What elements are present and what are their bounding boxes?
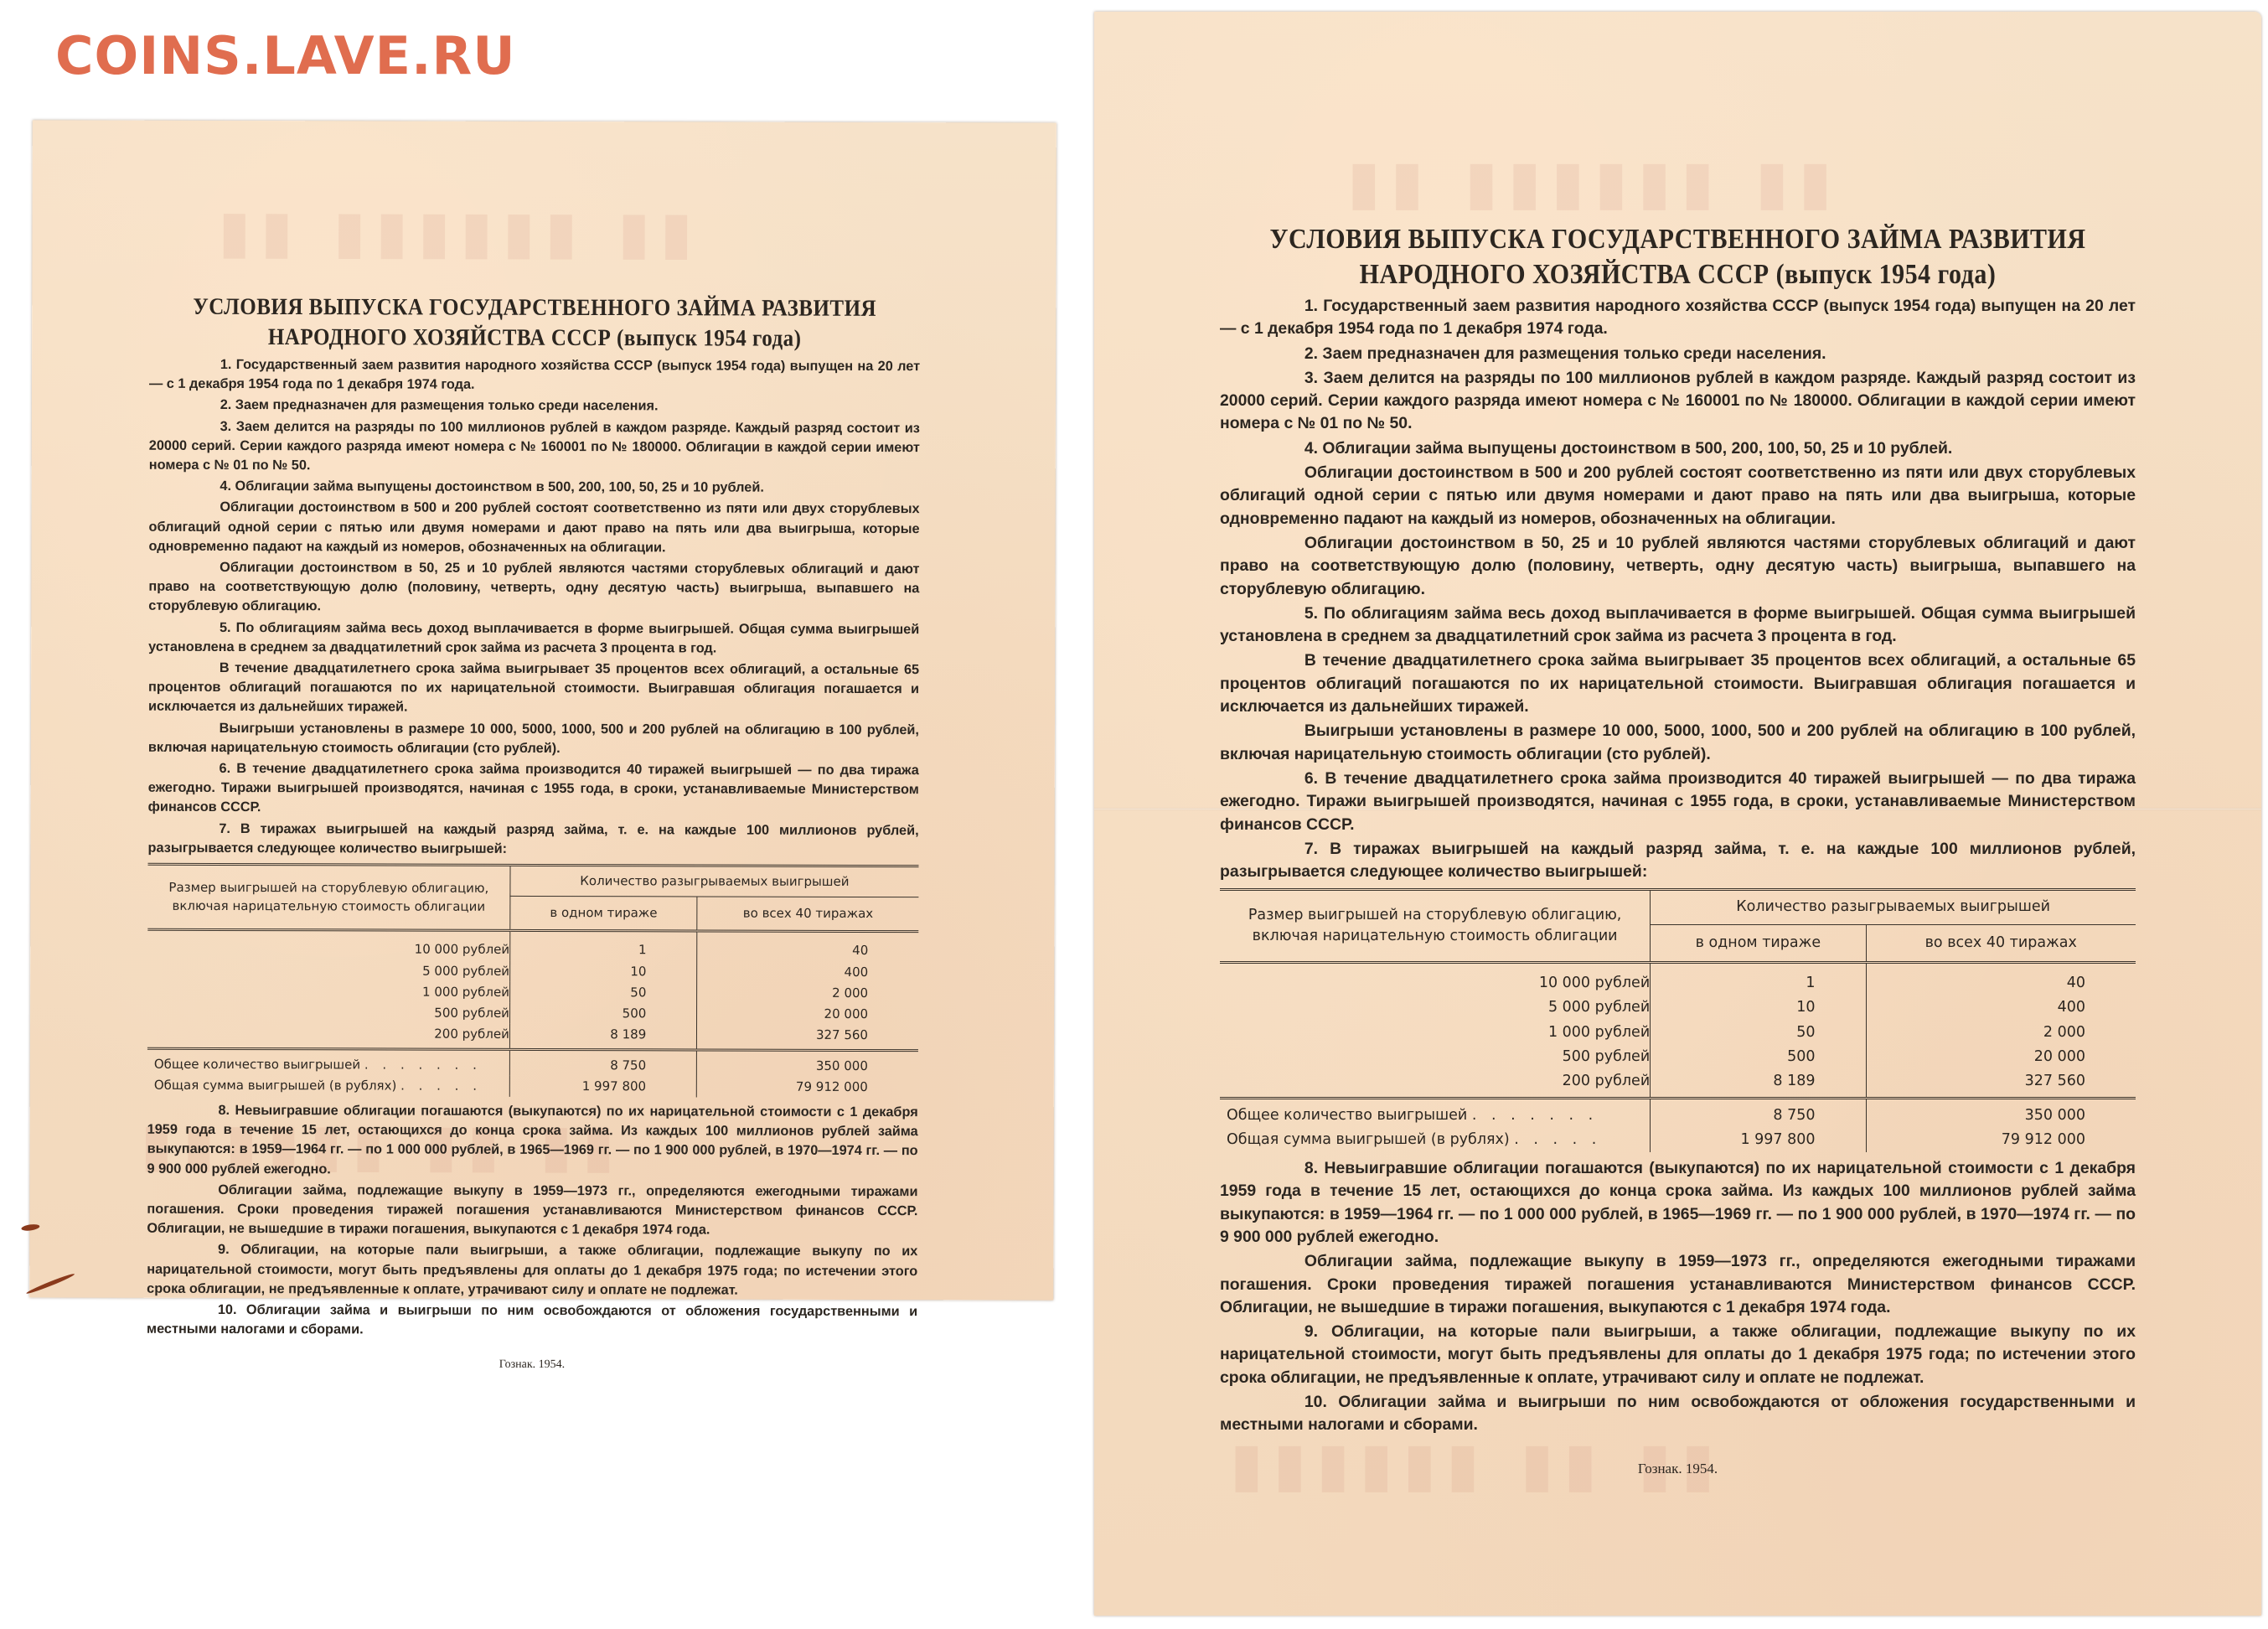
per-draw-count: 8 189	[509, 1024, 696, 1049]
prize-size-header: Размер выигрышей на сторублевую облигаци…	[1220, 890, 1651, 963]
per-draw-total: 8 750	[509, 1049, 696, 1076]
table-row: 1 000 рублей502 000	[1220, 1021, 2136, 1045]
table-row: 500 рублей50020 000	[1220, 1045, 2136, 1069]
totals-label: Общее количество выигрышей . . . . . . .	[1220, 1098, 1651, 1128]
all-draws-header: во всех 40 тиражах	[697, 897, 918, 932]
all-draws-count: 327 560	[1866, 1069, 2136, 1098]
condition-paragraph: Облигации достоинством в 500 и 200 рубле…	[148, 498, 919, 558]
totals-label: Общая сумма выигрышей (в рублях) . . . .…	[147, 1074, 509, 1096]
per-draw-count: 10	[510, 961, 697, 983]
condition-paragraph: 10. Облигации займа и выигрыши по ним ос…	[147, 1301, 917, 1342]
prize-amount: 200 рублей	[1220, 1069, 1651, 1098]
all-draws-header: во всех 40 тиражах	[1866, 924, 2136, 962]
bond-reverse-right: ▮▮ ▮▮▮▮▮▮ ▮▮ ▮▮ ▮▮ ▮▮▮▮▮▮ УСЛОВИЯ ВЫПУСК…	[1094, 12, 2261, 1616]
totals-row: Общая сумма выигрышей (в рублях) . . . .…	[1220, 1128, 2136, 1152]
per-draw-header: в одном тираже	[1651, 924, 1866, 962]
all-draws-total: 350 000	[697, 1049, 918, 1076]
condition-paragraph: 8. Невыигравшие облигации погашаются (вы…	[1220, 1157, 2136, 1249]
per-draw-count: 10	[1651, 995, 1866, 1020]
condition-paragraph: 1. Государственный заем развития народно…	[149, 355, 920, 396]
condition-paragraph: 6. В течение двадцатилетнего срока займа…	[148, 759, 919, 820]
document-title-line2: НАРОДНОГО ХОЗЯЙСТВА СССР (выпуск 1954 го…	[149, 323, 920, 354]
leader-dots: . . . . .	[400, 1078, 482, 1093]
all-draws-count: 327 560	[697, 1025, 918, 1050]
condition-paragraph: Выигрыши установлены в размере 10 000, 5…	[1220, 720, 2136, 766]
conditions-after-table: 8. Невыигравшие облигации погашаются (вы…	[147, 1101, 918, 1342]
prize-amount-text: 1 000 рублей	[1311, 1021, 1650, 1044]
condition-paragraph: 2. Заем предназначен для размещения толь…	[149, 396, 920, 417]
condition-paragraph: 10. Облигации займа и выигрыши по ним ос…	[1220, 1391, 2136, 1437]
per-draw-count: 50	[1651, 1021, 1866, 1045]
per-draw-count: 1	[510, 931, 697, 961]
prize-amount-text: 5 000 рублей	[225, 961, 509, 981]
totals-label-text: Общая сумма выигрышей (в рублях)	[154, 1077, 400, 1093]
per-draw-count: 1	[1651, 963, 1866, 996]
prize-amount: 10 000 рублей	[1220, 963, 1651, 996]
condition-paragraph: 4. Облигации займа выпущены достоинством…	[149, 477, 920, 499]
prize-size-header: Размер выигрышей на сторублевую облигаци…	[147, 864, 510, 931]
show-through-serial-top: ▮▮ ▮▮▮▮▮▮ ▮▮	[1337, 146, 1831, 217]
prize-amount: 5 000 рублей	[147, 959, 509, 981]
ink-stain	[21, 1223, 40, 1232]
per-draw-total: 1 997 800	[1651, 1128, 1866, 1152]
all-draws-count: 2 000	[1866, 1021, 2136, 1045]
leader-dots: . . . . .	[1514, 1131, 1601, 1148]
totals-label-text: Общее количество выигрышей	[154, 1056, 364, 1072]
prize-amount: 1 000 рублей	[1220, 1021, 1651, 1045]
condition-paragraph: 5. По облигациям займа весь доход выплач…	[148, 618, 919, 659]
condition-paragraph: 9. Облигации, на которые пали выигрыши, …	[147, 1240, 917, 1301]
prize-amount: 10 000 рублей	[147, 930, 509, 961]
bond-reverse-left: ▮▮ ▮▮▮▮▮▮ ▮▮ ▮▮ ▮▮ ▮▮▮▮▮▮ УСЛОВИЯ ВЫПУСК…	[29, 120, 1057, 1300]
prize-amount-text: 200 рублей	[1311, 1070, 1650, 1093]
totals-row: Общее количество выигрышей . . . . . . .…	[1220, 1098, 2136, 1128]
totals-row: Общее количество выигрышей . . . . . . .…	[147, 1048, 918, 1077]
per-draw-count: 500	[509, 1003, 696, 1025]
per-draw-header: в одном тираже	[510, 897, 697, 932]
condition-paragraph: 5. По облигациям займа весь доход выплач…	[1220, 602, 2136, 649]
all-draws-count: 40	[1866, 963, 2136, 996]
ink-stain	[26, 1272, 75, 1295]
table-row: 10 000 рублей140	[1220, 963, 2136, 996]
condition-paragraph: 7. В тиражах выигрышей на каждый разряд …	[148, 819, 919, 860]
table-row: 200 рублей8 189327 560	[1220, 1069, 2136, 1098]
printer-imprint: Гознак. 1954.	[147, 1354, 917, 1376]
table-row: 5 000 рублей10400	[147, 959, 918, 983]
per-draw-count: 500	[1651, 1045, 1866, 1069]
table-row: 5 000 рублей10400	[1220, 995, 2136, 1020]
show-through-serial-top: ▮▮ ▮▮▮▮▮▮ ▮▮	[208, 196, 692, 267]
condition-paragraph: 2. Заем предназначен для размещения толь…	[1220, 343, 2136, 365]
all-draws-total: 350 000	[1866, 1098, 2136, 1128]
totals-label: Общее количество выигрышей . . . . . . .	[147, 1048, 509, 1076]
prize-table: Размер выигрышей на сторублевую облигаци…	[147, 863, 919, 1098]
prize-amount-text: 10 000 рублей	[1311, 972, 1650, 995]
winnings-count-header: Количество разыгрываемых выигрышей	[510, 865, 919, 897]
winnings-count-header: Количество разыгрываемых выигрышей	[1651, 890, 2136, 924]
prize-amount-text: 200 рублей	[225, 1024, 509, 1044]
condition-paragraph: В течение двадцатилетнего срока займа вы…	[1220, 649, 2136, 718]
totals-label: Общая сумма выигрышей (в рублях) . . . .…	[1220, 1128, 1651, 1152]
all-draws-count: 40	[697, 931, 918, 961]
condition-paragraph: 3. Заем делится на разряды по 100 миллио…	[1220, 367, 2136, 436]
all-draws-count: 20 000	[697, 1004, 918, 1026]
all-draws-count: 20 000	[1866, 1045, 2136, 1069]
table-row: 10 000 рублей140	[147, 930, 918, 962]
prize-amount-text: 10 000 рублей	[225, 939, 509, 959]
prize-amount: 500 рублей	[147, 1002, 509, 1024]
site-watermark: COINS.LAVE.RU	[55, 25, 516, 86]
totals-label-text: Общее количество выигрышей	[1227, 1107, 1472, 1124]
all-draws-count: 400	[1866, 995, 2136, 1020]
prize-amount: 500 рублей	[1220, 1045, 1651, 1069]
prize-amount: 200 рублей	[147, 1023, 509, 1049]
conditions-after-table: 8. Невыигравшие облигации погашаются (вы…	[1220, 1157, 2136, 1437]
prize-amount-text: 1 000 рублей	[225, 982, 509, 1002]
condition-paragraph: Выигрыши установлены в размере 10 000, 5…	[148, 718, 919, 759]
document-body: УСЛОВИЯ ВЫПУСКА ГОСУДАРСТВЕННОГО ЗАЙМА Р…	[147, 295, 920, 1376]
per-draw-total: 8 750	[1651, 1098, 1866, 1128]
condition-paragraph: Облигации достоинством в 50, 25 и 10 руб…	[1220, 532, 2136, 601]
table-row: 1 000 рублей502 000	[147, 981, 918, 1005]
document-body: УСЛОВИЯ ВЫПУСКА ГОСУДАРСТВЕННОГО ЗАЙМА Р…	[1220, 225, 2136, 1480]
per-draw-count: 50	[509, 982, 696, 1004]
prize-table: Размер выигрышей на сторублевую облигаци…	[1220, 888, 2136, 1152]
totals-row: Общая сумма выигрышей (в рублях) . . . .…	[147, 1074, 918, 1098]
totals-label-text: Общая сумма выигрышей (в рублях)	[1227, 1131, 1514, 1148]
leader-dots: . . . . . . .	[364, 1057, 482, 1072]
document-title-line2: НАРОДНОГО ХОЗЯЙСТВА СССР (выпуск 1954 го…	[1220, 258, 2136, 292]
all-draws-count: 2 000	[697, 982, 918, 1004]
table-row: 200 рублей8 189327 560	[147, 1023, 918, 1050]
document-title-line1: УСЛОВИЯ ВЫПУСКА ГОСУДАРСТВЕННОГО ЗАЙМА Р…	[1220, 223, 2136, 256]
condition-paragraph: 1. Государственный заем развития народно…	[1220, 295, 2136, 341]
table-row: 500 рублей50020 000	[147, 1002, 918, 1026]
all-draws-total: 79 912 000	[697, 1076, 918, 1098]
conditions-before-table: 1. Государственный заем развития народно…	[148, 355, 921, 860]
condition-paragraph: 4. Облигации займа выпущены достоинством…	[1220, 437, 2136, 460]
condition-paragraph: 9. Облигации, на которые пали выигрыши, …	[1220, 1321, 2136, 1389]
per-draw-total: 1 997 800	[509, 1076, 696, 1098]
document-title-line1: УСЛОВИЯ ВЫПУСКА ГОСУДАРСТВЕННОГО ЗАЙМА Р…	[149, 293, 920, 323]
all-draws-count: 400	[697, 961, 918, 983]
condition-paragraph: Облигации достоинством в 50, 25 и 10 руб…	[148, 558, 919, 618]
per-draw-count: 8 189	[1651, 1069, 1866, 1098]
condition-paragraph: Облигации займа, подлежащие выкупу в 195…	[147, 1180, 917, 1240]
printer-imprint: Гознак. 1954.	[1220, 1457, 2136, 1480]
prize-amount: 1 000 рублей	[147, 981, 509, 1003]
condition-paragraph: 3. Заем делится на разряды по 100 миллио…	[149, 416, 920, 477]
condition-paragraph: В течение двадцатилетнего срока займа вы…	[148, 659, 919, 719]
condition-paragraph: Облигации займа, подлежащие выкупу в 195…	[1220, 1250, 2136, 1319]
prize-amount-text: 5 000 рублей	[1311, 996, 1650, 1019]
condition-paragraph: Облигации достоинством в 500 и 200 рубле…	[1220, 462, 2136, 530]
prize-amount-text: 500 рублей	[1311, 1046, 1650, 1068]
conditions-before-table: 1. Государственный заем развития народно…	[1220, 295, 2136, 883]
prize-amount-text: 500 рублей	[225, 1003, 509, 1023]
prize-amount: 5 000 рублей	[1220, 995, 1651, 1020]
condition-paragraph: 6. В течение двадцатилетнего срока займа…	[1220, 768, 2136, 836]
condition-paragraph: 7. В тиражах выигрышей на каждый разряд …	[1220, 838, 2136, 884]
leader-dots: . . . . . . .	[1472, 1107, 1598, 1124]
condition-paragraph: 8. Невыигравшие облигации погашаются (вы…	[147, 1101, 918, 1181]
all-draws-total: 79 912 000	[1866, 1128, 2136, 1152]
